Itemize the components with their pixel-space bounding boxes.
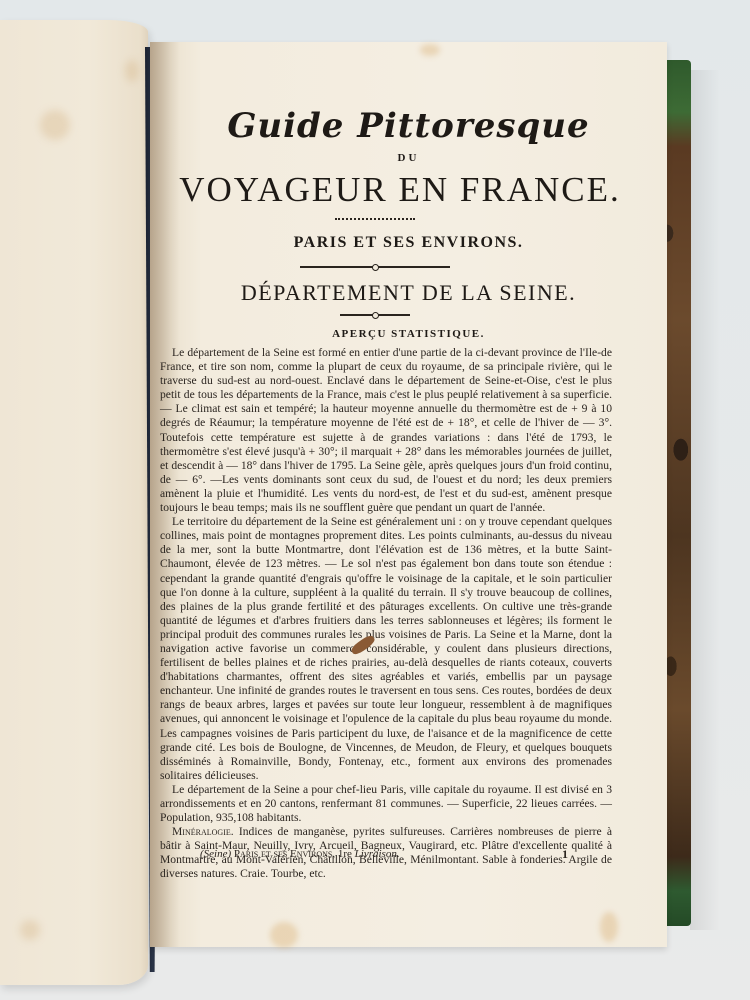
paragraph: Le territoire du département de la Seine… bbox=[160, 515, 612, 783]
section-paris-environs: PARIS ET SES ENVIRONS. bbox=[150, 234, 667, 252]
foxing-stain bbox=[600, 912, 618, 942]
footer-livraison: Livraison. bbox=[355, 848, 400, 860]
title-guide-pittoresque: Guide Pittoresque bbox=[150, 106, 667, 146]
title-voyageur-en-france: VOYAGEUR EN FRANCE. bbox=[140, 170, 660, 210]
mineralogie-label: Minéralogie. bbox=[172, 825, 234, 838]
footer-seine: (Seine) bbox=[200, 848, 231, 860]
ornament-divider bbox=[340, 314, 410, 316]
footer-livraison-num: 1re bbox=[338, 848, 352, 860]
apercu-heading: APERÇU STATISTIQUE. bbox=[150, 328, 667, 340]
page-number: 1 bbox=[562, 847, 568, 862]
foxing-stain bbox=[270, 922, 298, 948]
page-footer: (Seine) Paris et ses Environs, 1re Livra… bbox=[200, 848, 400, 860]
department-heading: DÉPARTEMENT DE LA SEINE. bbox=[150, 280, 667, 306]
left-page bbox=[0, 20, 148, 985]
foxing-stain bbox=[40, 110, 70, 140]
foxing-stain bbox=[20, 920, 40, 940]
footer-title: Paris et ses Environs, bbox=[234, 848, 335, 860]
body-text: Le département de la Seine est formé en … bbox=[160, 346, 612, 882]
foxing-stain bbox=[125, 60, 139, 82]
title-du: DU bbox=[150, 152, 667, 164]
ornament-divider bbox=[300, 266, 450, 268]
paragraph: Le département de la Seine est formé en … bbox=[160, 346, 612, 515]
dotted-rule bbox=[335, 218, 415, 220]
foxing-stain bbox=[420, 44, 440, 56]
book-page: Guide Pittoresque DU VOYAGEUR EN FRANCE.… bbox=[150, 42, 667, 947]
paragraph: Le département de la Seine a pour chef-l… bbox=[160, 783, 612, 825]
cover-shadow bbox=[690, 70, 720, 930]
